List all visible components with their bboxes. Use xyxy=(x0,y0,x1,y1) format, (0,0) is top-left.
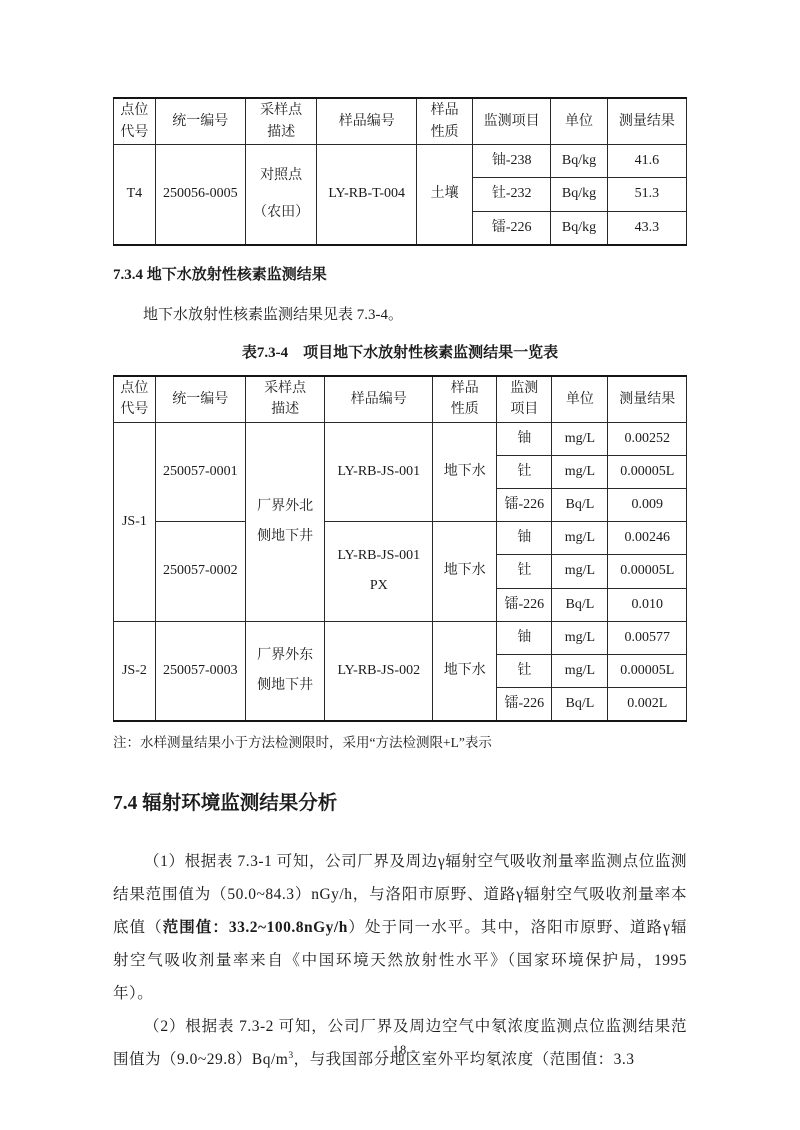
cell-sample-type: 地下水 xyxy=(433,522,497,621)
cell-unified-number: 250057-0003 xyxy=(155,621,245,721)
table-note: 注：水样测量结果小于方法检测限时，采用“方法检测限+L”表示 xyxy=(113,731,687,751)
col-header-sample-id: 样品编号 xyxy=(317,98,417,145)
cell-result: 0.00246 xyxy=(608,522,687,555)
cell-sample-type: 土壤 xyxy=(417,145,473,245)
cell-item-name: 镭-226 xyxy=(497,489,552,522)
cell-item-name: 铀 xyxy=(497,423,552,456)
analysis-paragraph-1: （1）根据表 7.3-1 可知，公司厂界及周边γ辐射空气吸收剂量率监测点位监测结… xyxy=(113,845,687,1010)
col-header-sample-id: 样品编号 xyxy=(325,376,433,423)
table-header-row: 点位 代号 统一编号 采样点 描述 样品编号 样品 性质 监测项目 单位 测量结… xyxy=(114,98,687,145)
cell-unified-number: 250057-0002 xyxy=(155,522,245,621)
col-header-unit: 单位 xyxy=(551,98,608,145)
table-caption: 表7.3-4 项目地下水放射性核素监测结果一览表 xyxy=(113,341,687,362)
cell-sampling-desc: 对照点 （农田） xyxy=(245,145,317,245)
document-page: 点位 代号 统一编号 采样点 描述 样品编号 样品 性质 监测项目 单位 测量结… xyxy=(0,0,800,1130)
cell-unit: mg/L xyxy=(552,456,608,489)
cell-point-code: T4 xyxy=(114,145,156,245)
cell-result: 0.009 xyxy=(608,489,687,522)
cell-item-name: 铀-238 xyxy=(473,145,551,178)
col-header-sample-type: 样品 性质 xyxy=(433,376,497,423)
cell-sampling-desc: 厂界外北 侧地下井 xyxy=(245,423,325,622)
groundwater-results-table: 点位 代号 统一编号 采样点 描述 样品编号 样品 性质 监测 项目 单位 测量… xyxy=(113,375,687,722)
cell-unit: Bq/kg xyxy=(551,211,608,245)
cell-sampling-desc: 厂界外东 侧地下井 xyxy=(245,621,325,721)
cell-item-name: 镭-226 xyxy=(473,211,551,245)
table-row: 250057-0002 LY-RB-JS-001 PX 地下水 铀 mg/L 0… xyxy=(114,522,687,555)
cell-result: 41.6 xyxy=(607,145,686,178)
cell-sample-id: LY-RB-T-004 xyxy=(317,145,417,245)
table-row: JS-2 250057-0003 厂界外东 侧地下井 LY-RB-JS-002 … xyxy=(114,621,687,654)
cell-item-name: 钍 xyxy=(497,654,552,687)
cell-item-name: 镭-226 xyxy=(497,687,552,721)
col-header-point-code: 点位 代号 xyxy=(114,376,156,423)
col-header-unified-number: 统一编号 xyxy=(155,98,245,145)
col-header-sampling-desc: 采样点 描述 xyxy=(245,98,317,145)
cell-unit: mg/L xyxy=(552,522,608,555)
cell-sample-id: LY-RB-JS-001 xyxy=(325,423,433,522)
cell-point-code: JS-2 xyxy=(114,621,156,721)
cell-sample-type: 地下水 xyxy=(433,423,497,522)
col-header-monitor-item: 监测 项目 xyxy=(497,376,552,423)
col-header-monitor-item: 监测项目 xyxy=(473,98,551,145)
page-number: - 18 - xyxy=(0,1043,800,1058)
cell-sample-id: LY-RB-JS-002 xyxy=(325,621,433,721)
col-header-result: 测量结果 xyxy=(608,376,687,423)
cell-item-name: 铀 xyxy=(497,621,552,654)
cell-result: 0.002L xyxy=(608,687,687,721)
cell-result: 0.00577 xyxy=(608,621,687,654)
cell-unit: Bq/L xyxy=(552,687,608,721)
cell-unit: mg/L xyxy=(552,423,608,456)
section-7-4-heading: 7.4 辐射环境监测结果分析 xyxy=(113,787,687,815)
cell-result: 0.010 xyxy=(608,588,687,621)
cell-unified-number: 250057-0001 xyxy=(155,423,245,522)
cell-unit: Bq/L xyxy=(552,489,608,522)
table-header-row: 点位 代号 统一编号 采样点 描述 样品编号 样品 性质 监测 项目 单位 测量… xyxy=(114,376,687,423)
cell-item-name: 钍 xyxy=(497,555,552,588)
cell-point-code: JS-1 xyxy=(114,423,156,622)
cell-result: 0.00252 xyxy=(608,423,687,456)
col-header-point-code: 点位 代号 xyxy=(114,98,156,145)
cell-result: 0.00005L xyxy=(608,555,687,588)
cell-sample-type: 地下水 xyxy=(433,621,497,721)
cell-unit: mg/L xyxy=(552,555,608,588)
cell-result: 0.00005L xyxy=(608,654,687,687)
table-row: T4 250056-0005 对照点 （农田） LY-RB-T-004 土壤 铀… xyxy=(114,145,687,178)
section-7-3-4-heading: 7.3.4 地下水放射性核素监测结果 xyxy=(113,263,687,284)
bold-range-value: 范围值：33.2~100.8nGy/h xyxy=(163,919,348,936)
cell-unit: mg/L xyxy=(552,621,608,654)
cell-unit: Bq/kg xyxy=(551,178,608,211)
cell-sample-id: LY-RB-JS-001 PX xyxy=(325,522,433,621)
table-row: JS-1 250057-0001 厂界外北 侧地下井 LY-RB-JS-001 … xyxy=(114,423,687,456)
soil-results-table: 点位 代号 统一编号 采样点 描述 样品编号 样品 性质 监测项目 单位 测量结… xyxy=(113,97,687,246)
intro-paragraph: 地下水放射性核素监测结果见表 7.3-4。 xyxy=(113,303,687,324)
cell-result: 43.3 xyxy=(607,211,686,245)
cell-item-name: 铀 xyxy=(497,522,552,555)
cell-item-name: 钍 xyxy=(497,456,552,489)
cell-result: 0.00005L xyxy=(608,456,687,489)
cell-unified-number: 250056-0005 xyxy=(155,145,245,245)
col-header-sampling-desc: 采样点 描述 xyxy=(245,376,325,423)
cell-item-name: 镭-226 xyxy=(497,588,552,621)
col-header-unified-number: 统一编号 xyxy=(155,376,245,423)
col-header-result: 测量结果 xyxy=(607,98,686,145)
cell-unit: Bq/kg xyxy=(551,145,608,178)
cell-item-name: 钍-232 xyxy=(473,178,551,211)
cell-unit: mg/L xyxy=(552,654,608,687)
col-header-unit: 单位 xyxy=(552,376,608,423)
cell-unit: Bq/L xyxy=(552,588,608,621)
cell-result: 51.3 xyxy=(607,178,686,211)
col-header-sample-type: 样品 性质 xyxy=(417,98,473,145)
